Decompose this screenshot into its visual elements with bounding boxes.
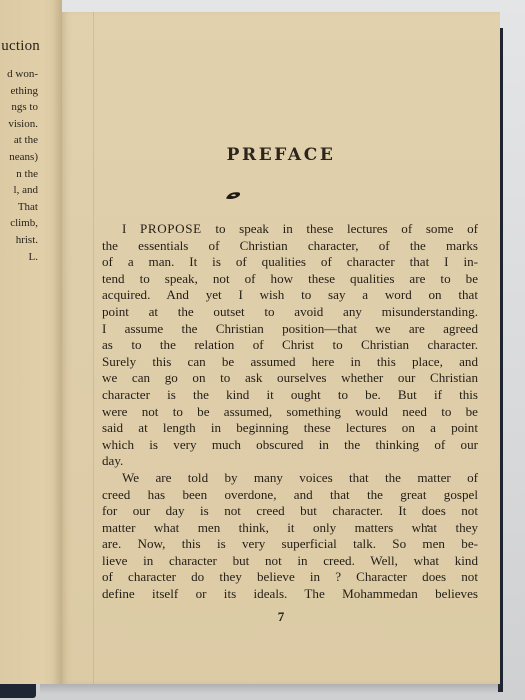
fleuron-icon — [225, 191, 241, 200]
left-line: n the — [7, 166, 38, 183]
left-line: ngs to — [7, 99, 38, 116]
text-line: define itself or its ideals. The Mohamme… — [102, 586, 478, 603]
text-line: of a man. It is of qualities of characte… — [102, 254, 478, 271]
left-line: l, and — [7, 182, 38, 199]
text-line: day. — [102, 453, 478, 470]
left-page-text: d won- ething ngs to vision. at the nean… — [7, 66, 38, 265]
left-facing-page: uction d won- ething ngs to vision. at t… — [0, 0, 62, 684]
text-line: tend to speak, not of how these qualitie… — [102, 271, 478, 288]
lead-smallcaps: PROPOSE — [140, 221, 202, 236]
text-line: as to the relation of Christ to Christia… — [102, 337, 478, 354]
book-cover-corner-left — [0, 684, 36, 698]
text-line: which is very much obscured in the think… — [102, 437, 478, 454]
left-line: neans) — [7, 149, 38, 166]
text-line: creed has been overdone, and that the gr… — [102, 487, 478, 504]
lead-word: I — [122, 221, 126, 236]
left-line: hrist. — [7, 232, 38, 249]
text-line: character is the kind it ought to be. Bu… — [102, 387, 478, 404]
text-line: lieve in character but not in creed. Wel… — [102, 553, 478, 570]
left-line: vision. — [7, 116, 38, 133]
text-line: Surely this can be assumed here in this … — [102, 354, 478, 371]
right-page: PREFACE I PROPOSE to speak in these lect… — [62, 12, 500, 684]
page-title: PREFACE — [62, 145, 500, 165]
text-line: said at length in beginning these lectur… — [102, 420, 478, 437]
text-line: acquired. And yet I wish to say a word o… — [102, 287, 478, 304]
text-line: We are told by many voices that the matt… — [102, 470, 478, 487]
text-line: matter what men think, it only matters w… — [102, 520, 478, 537]
preface-body: I PROPOSE to speak in these lectures of … — [102, 221, 478, 603]
left-line: d won- — [7, 66, 38, 83]
left-running-heading: uction — [1, 38, 40, 55]
book-shadow — [40, 684, 500, 694]
text-line: the essentials of Christian character, o… — [102, 238, 478, 255]
left-line: at the — [7, 132, 38, 149]
text-line: point at the outset to avoid any misunde… — [102, 304, 478, 321]
page-number: 7 — [62, 609, 500, 625]
gutter-shadow — [52, 0, 62, 684]
text-line: are. Now, this is very superficial talk.… — [102, 536, 478, 553]
left-line: ething — [7, 83, 38, 100]
paper-speck — [427, 525, 429, 527]
text-line: of character do they believe in ? Charac… — [102, 569, 478, 586]
left-line: L. — [7, 249, 38, 266]
text-line: we can go on to ask ourselves whether ou… — [102, 370, 478, 387]
text-line: were not to be assumed, something would … — [102, 404, 478, 421]
text-line: for our day is not creed but character. … — [102, 503, 478, 520]
text-line: I assume the Christian position—that we … — [102, 321, 478, 338]
left-line: That — [7, 199, 38, 216]
text-line: I PROPOSE to speak in these lectures of … — [102, 221, 478, 238]
page-edge-line — [93, 12, 94, 684]
left-line: climb, — [7, 215, 38, 232]
